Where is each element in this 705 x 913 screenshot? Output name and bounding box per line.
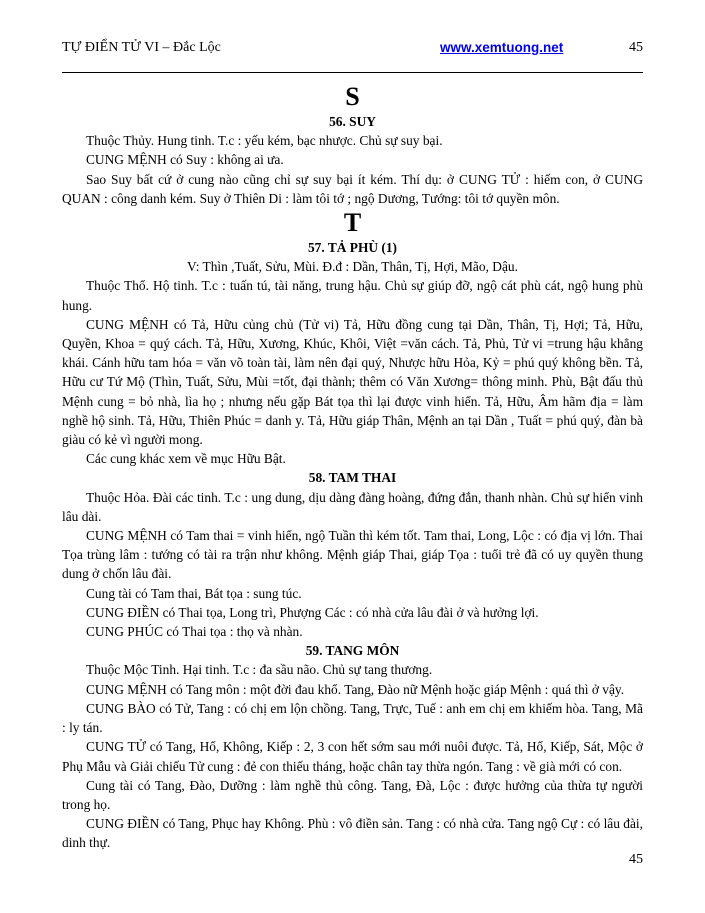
- paragraph: Cung tài có Tang, Đào, Dưỡng : làm nghề …: [62, 776, 643, 814]
- website-link[interactable]: www.xemtuong.net: [440, 40, 563, 55]
- paragraph: CUNG MỆNH có Suy : không ai ưa.: [62, 150, 643, 169]
- paragraph: CUNG ĐIỀN có Tang, Phục hay Không. Phù :…: [62, 814, 643, 852]
- page-content: S 56. SUY Thuộc Thủy. Hung tinh. T.c : y…: [62, 82, 643, 853]
- section-t: T 57. TẢ PHÙ (1) V: Thìn ,Tuất, Sửu, Mùi…: [62, 208, 643, 853]
- section-letter: T: [62, 208, 643, 238]
- entry-59-tang-mon: 59. TANG MÔN Thuộc Mộc Tinh. Hại tinh. T…: [62, 641, 643, 852]
- section-letter: S: [62, 82, 643, 112]
- entry-title: 56. SUY: [62, 112, 643, 131]
- entry-56-suy: 56. SUY Thuộc Thủy. Hung tinh. T.c : yếu…: [62, 112, 643, 208]
- paragraph: CUNG TỬ có Tang, Hổ, Không, Kiếp : 2, 3 …: [62, 737, 643, 775]
- paragraph: Các cung khác xem về mục Hữu Bật.: [62, 449, 643, 468]
- paragraph: CUNG PHÚC có Thai tọa : thọ và nhàn.: [62, 622, 643, 641]
- paragraph: Cung tài có Tam thai, Bát tọa : sung túc…: [62, 584, 643, 603]
- entry-57-ta-phu: 57. TẢ PHÙ (1) V: Thìn ,Tuất, Sửu, Mùi. …: [62, 238, 643, 468]
- paragraph: CUNG ĐIỀN có Thai tọa, Long trì, Phượng …: [62, 603, 643, 622]
- entry-subtitle: V: Thìn ,Tuất, Sửu, Mùi. Đ.đ : Dần, Thân…: [62, 257, 643, 276]
- book-title: TỰ ĐIỂN TỬ VI – Đắc Lộc: [62, 40, 221, 56]
- entry-title: 59. TANG MÔN: [62, 641, 643, 660]
- entry-58-tam-thai: 58. TAM THAI Thuộc Hỏa. Đài các tinh. T.…: [62, 468, 643, 641]
- paragraph: Thuộc Hỏa. Đài các tinh. T.c : ung dung,…: [62, 488, 643, 526]
- page-header: TỰ ĐIỂN TỬ VI – Đắc Lộc www.xemtuong.net…: [62, 40, 643, 60]
- header-divider: [62, 72, 643, 73]
- footer-page-number: 45: [629, 852, 643, 868]
- paragraph: Thuộc Thủy. Hung tinh. T.c : yếu kém, bạ…: [62, 131, 643, 150]
- paragraph: CUNG MỆNH có Tam thai = vinh hiển, ngộ T…: [62, 526, 643, 584]
- entry-title: 58. TAM THAI: [62, 468, 643, 487]
- entry-title: 57. TẢ PHÙ (1): [62, 238, 643, 257]
- paragraph: Thuộc Thổ. Hộ tinh. T.c : tuấn tú, tài n…: [62, 276, 643, 314]
- paragraph: CUNG BÀO có Tử, Tang : có chị em lộn chồ…: [62, 699, 643, 737]
- paragraph: CUNG MỆNH có Tả, Hữu củng chủ (Tử vi) Tả…: [62, 315, 643, 449]
- paragraph: CUNG MỆNH có Tang môn : một đời đau khổ.…: [62, 680, 643, 699]
- section-s: S 56. SUY Thuộc Thủy. Hung tinh. T.c : y…: [62, 82, 643, 208]
- paragraph: Sao Suy bất cứ ở cung nào cũng chỉ sự su…: [62, 170, 643, 208]
- paragraph: Thuộc Mộc Tinh. Hại tinh. T.c : đa sầu n…: [62, 660, 643, 679]
- header-page-number: 45: [629, 40, 643, 56]
